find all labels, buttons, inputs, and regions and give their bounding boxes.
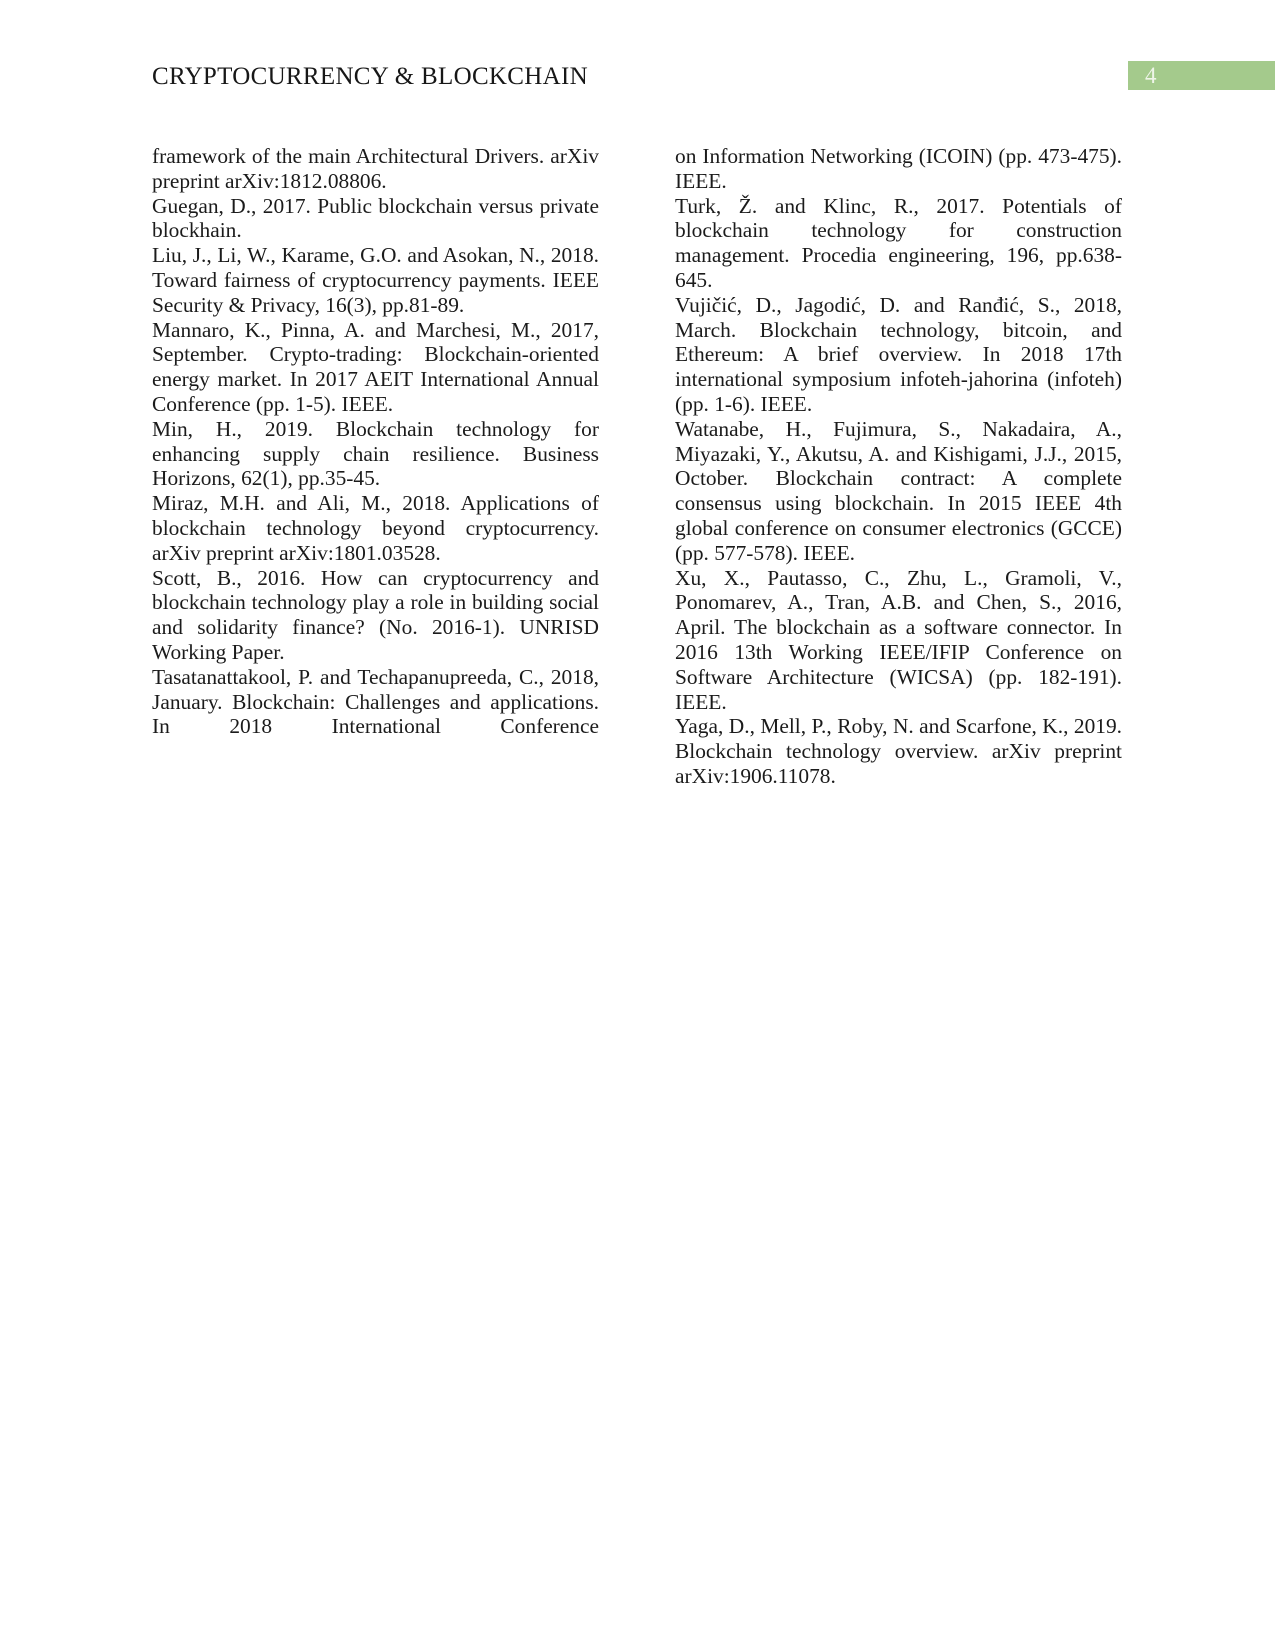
reference-item: framework of the main Architectural Driv… xyxy=(152,144,599,194)
references-column-left: framework of the main Architectural Driv… xyxy=(152,144,599,789)
reference-item: Miraz, M.H. and Ali, M., 2018. Applicati… xyxy=(152,491,599,565)
reference-item: Yaga, D., Mell, P., Roby, N. and Scarfon… xyxy=(675,714,1122,788)
page-number: 4 xyxy=(1145,61,1157,90)
document-page: CRYPTOCURRENCY & BLOCKCHAIN 4 framework … xyxy=(0,0,1275,1651)
reference-item: Tasatanattakool, P. and Techapanupreeda,… xyxy=(152,665,599,739)
reference-item: Min, H., 2019. Blockchain technology for… xyxy=(152,417,599,491)
reference-item: Mannaro, K., Pinna, A. and Marchesi, M.,… xyxy=(152,318,599,417)
page-number-badge: 4 xyxy=(1128,61,1275,90)
reference-item: Xu, X., Pautasso, C., Zhu, L., Gramoli, … xyxy=(675,566,1122,715)
reference-item: Liu, J., Li, W., Karame, G.O. and Asokan… xyxy=(152,243,599,317)
references-section: framework of the main Architectural Driv… xyxy=(152,144,1122,789)
reference-item: Vujičić, D., Jagodić, D. and Ranđić, S.,… xyxy=(675,293,1122,417)
reference-item: Guegan, D., 2017. Public blockchain vers… xyxy=(152,194,599,244)
reference-item: Scott, B., 2016. How can cryptocurrency … xyxy=(152,566,599,665)
reference-item: on Information Networking (ICOIN) (pp. 4… xyxy=(675,144,1122,194)
page-title: CRYPTOCURRENCY & BLOCKCHAIN xyxy=(152,63,588,91)
references-column-right: on Information Networking (ICOIN) (pp. 4… xyxy=(675,144,1122,789)
reference-item: Watanabe, H., Fujimura, S., Nakadaira, A… xyxy=(675,417,1122,566)
reference-item: Turk, Ž. and Klinc, R., 2017. Potentials… xyxy=(675,194,1122,293)
